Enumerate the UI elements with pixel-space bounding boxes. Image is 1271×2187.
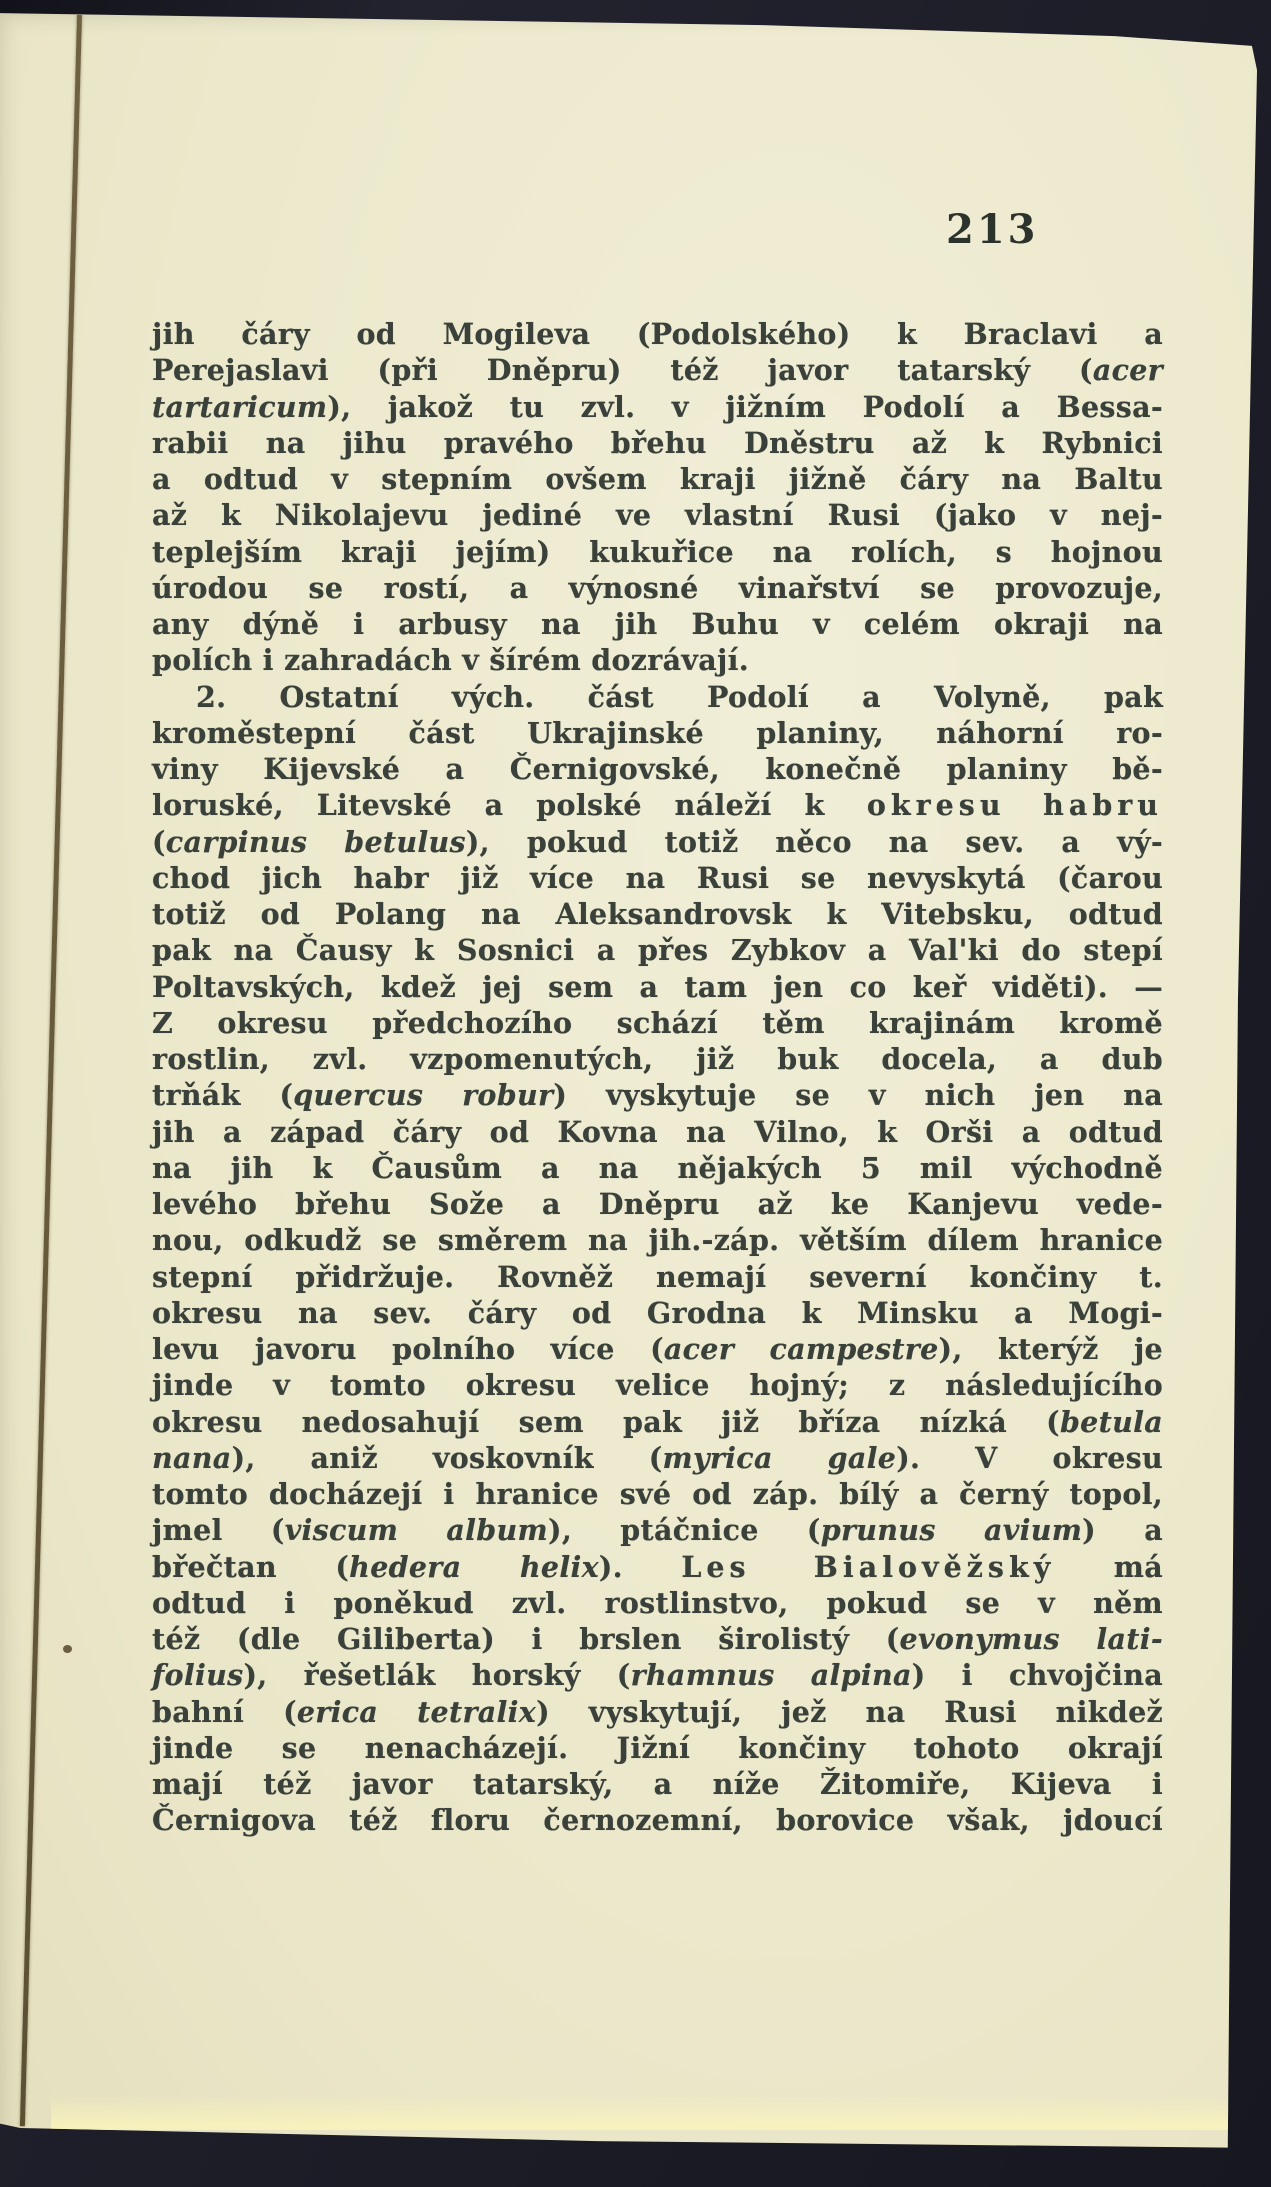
latin-species-name: carpinus betulus [166, 825, 466, 859]
text-segment: nou, odkudž se směrem na jih.-záp. větší… [152, 1223, 1163, 1257]
text-line: jih čáry od Mogileva (Podolského) k Brac… [152, 316, 1163, 352]
text-segment: jmel ( [152, 1513, 285, 1547]
text-segment: viny Kijevské a Černigovské, konečně pla… [152, 752, 1163, 786]
latin-species-name: quercus robur [293, 1078, 553, 1112]
text-line: okresu nedosahují sem pak již bříza nízk… [152, 1404, 1163, 1440]
text-line: Poltavských, kdež jej sem a tam jen co k… [152, 969, 1163, 1005]
text-line: stepní přidržuje. Rovněž nemají severní … [152, 1259, 1163, 1295]
text-segment: levu javoru polního více ( [152, 1332, 664, 1366]
text-line: levu javoru polního více (acer campestre… [152, 1331, 1163, 1367]
text-segment: jinde se nenacházejí. Jižní končiny toho… [152, 1731, 1163, 1765]
text-segment: tomto docházejí i hranice své od záp. bí… [152, 1477, 1163, 1511]
text-segment: stepní přidržuje. Rovněž nemají severní … [152, 1260, 1163, 1294]
text-segment: teplejším kraji jejím) kukuřice na rolíc… [152, 535, 1163, 569]
text-segment: ), kterýž je [939, 1332, 1163, 1366]
text-line: tartaricum), jakož tu zvl. v jižním Podo… [152, 389, 1163, 425]
text-segment: ), jakož tu zvl. v jižním Podolí a Bessa… [327, 390, 1163, 424]
text-line: odtud i poněkud zvl. rostlinstvo, pokud … [152, 1585, 1163, 1621]
text-line: rostlin, zvl. vzpomenutých, již buk doce… [152, 1041, 1163, 1077]
latin-species-name: acer campestre [664, 1332, 939, 1366]
text-segment: ( [152, 825, 166, 859]
text-line: na jih k Čausům a na nějakých 5 mil vých… [152, 1150, 1163, 1186]
text-line: úrodou se rostí, a výnosné vinařství se … [152, 570, 1163, 606]
text-line: viny Kijevské a Černigovské, konečně pla… [152, 751, 1163, 787]
text-segment: a odtud v stepním ovšem kraji jižně čáry… [152, 462, 1163, 496]
text-line: teplejším kraji jejím) kukuřice na rolíc… [152, 534, 1163, 570]
text-segment: ) vyskytují, jež na Rusi nikdež [536, 1695, 1163, 1729]
text-line: tomto docházejí i hranice své od záp. bí… [152, 1476, 1163, 1512]
latin-species-name: tartaricum [152, 390, 327, 424]
text-block: jih čáry od Mogileva (Podolského) k Brac… [152, 316, 1163, 1839]
page-crease-line [20, 15, 82, 2126]
text-line: až k Nikolajevu jediné ve vlastní Rusi (… [152, 497, 1163, 533]
text-line: jinde v tomto okresu velice hojný; z nás… [152, 1367, 1163, 1403]
text-segment: totiž od Polang na Aleksandrovsk k Viteb… [152, 897, 1163, 931]
latin-species-name: betula [1060, 1405, 1163, 1439]
text-segment: okresu nedosahují sem pak již bříza nízk… [152, 1405, 1060, 1439]
text-line: břečtan (hedera helix). Les Bialověžský … [152, 1549, 1163, 1585]
text-segment: ) a [1082, 1513, 1163, 1547]
text-segment: ), pokud totiž něco na sev. a vý- [466, 825, 1163, 859]
text-segment: břečtan ( [152, 1550, 349, 1584]
text-segment: ) i chvojčina [912, 1658, 1163, 1692]
text-segment: levého břehu Sože a Dněpru až ke Kanjevu… [152, 1187, 1163, 1221]
text-segment: bahní ( [152, 1695, 297, 1729]
text-segment: Černigova též floru černozemní, borovice… [152, 1803, 1163, 1837]
text-segment: 2. Ostatní vých. část Podolí a Volyně, p… [196, 680, 1163, 714]
text-segment: ), aniž voskovník ( [232, 1441, 663, 1475]
text-segment: úrodou se rostí, a výnosné vinařství se … [152, 571, 1163, 605]
text-line: totiž od Polang na Aleksandrovsk k Viteb… [152, 896, 1163, 932]
page-number: 213 [946, 206, 1039, 253]
paragraph: jih čáry od Mogileva (Podolského) k Brac… [152, 316, 1163, 679]
text-segment: Poltavských, kdež jej sem a tam jen co k… [152, 970, 1163, 1004]
latin-species-name: viscum album [285, 1513, 548, 1547]
text-segment: k okresu habru [805, 788, 1163, 822]
text-line: jih a západ čáry od Kovna na Vilno, k Or… [152, 1114, 1163, 1150]
text-segment: okresu na sev. čáry od Grodna k Minsku a… [152, 1296, 1163, 1330]
text-segment: trňák ( [152, 1078, 293, 1112]
text-line: jmel (viscum album), ptáčnice (prunus av… [152, 1512, 1163, 1548]
text-segment: ), řešetlák horský ( [244, 1658, 631, 1692]
text-segment: chod jich habr již více na Rusi se nevys… [152, 861, 1163, 895]
text-line: chod jich habr již více na Rusi se nevys… [152, 860, 1163, 896]
text-segment: má [1055, 1550, 1163, 1584]
text-segment: odtud i poněkud zvl. rostlinstvo, pokud … [152, 1586, 1163, 1620]
text-line: nana), aniž voskovník (myrica gale). V o… [152, 1440, 1163, 1476]
text-line: bahní (erica tetralix) vyskytují, jež na… [152, 1694, 1163, 1730]
text-line: též (dle Giliberta) i brslen širolistý (… [152, 1621, 1163, 1657]
text-line: Perejaslavi (při Dněpru) též javor tatar… [152, 352, 1163, 388]
text-segment: jinde v tomto okresu velice hojný; z nás… [152, 1368, 1163, 1402]
text-line: (carpinus betulus), pokud totiž něco na … [152, 824, 1163, 860]
text-segment: jih čáry od Mogileva (Podolského) k Brac… [152, 317, 1163, 351]
text-line: 2. Ostatní vých. část Podolí a Volyně, p… [152, 679, 1163, 715]
latin-species-name: nana [152, 1441, 232, 1475]
text-line: pak na Čausy k Sosnici a přes Zybkov a V… [152, 932, 1163, 968]
latin-species-name: erica tetralix [297, 1695, 536, 1729]
text-segment: Z okresu předchozího schází těm krajinám… [152, 1006, 1163, 1040]
text-segment: polích i zahradách v šírém dozrávají. [152, 643, 749, 677]
book-page: 213 jih čáry od Mogileva (Podolského) k … [0, 0, 1271, 2187]
text-line: any dýně i arbusy na jih Buhu v celém ok… [152, 606, 1163, 642]
text-line: polích i zahradách v šírém dozrávají. [152, 642, 1163, 678]
text-line: rabii na jihu pravého břehu Dněstru až k… [152, 425, 1163, 461]
text-line: okresu na sev. čáry od Grodna k Minsku a… [152, 1295, 1163, 1331]
text-segment: rabii na jihu pravého břehu Dněstru až k… [152, 426, 1163, 460]
latin-species-name: folius [152, 1658, 244, 1692]
latin-species-name: prunus avium [821, 1513, 1082, 1547]
text-line: Černigova též floru černozemní, borovice… [152, 1802, 1163, 1838]
text-segment: též (dle Giliberta) i brslen širolistý ( [152, 1622, 900, 1656]
text-line: kroměstepní část Ukrajinské planiny, náh… [152, 715, 1163, 751]
text-segment: až k Nikolajevu jediné ve vlastní Rusi (… [152, 498, 1163, 532]
text-line: jinde se nenacházejí. Jižní končiny toho… [152, 1730, 1163, 1766]
text-line: Z okresu předchozího schází těm krajinám… [152, 1005, 1163, 1041]
text-segment: kroměstepní část Ukrajinské planiny, náh… [152, 716, 1163, 750]
text-segment: Perejaslavi (při Dněpru) též javor tatar… [152, 353, 1093, 387]
text-line: a odtud v stepním ovšem kraji jižně čáry… [152, 461, 1163, 497]
text-segment: ). [599, 1550, 682, 1584]
text-segment: rostlin, zvl. vzpomenutých, již buk doce… [152, 1042, 1163, 1076]
text-line: mají též javor tatarský, a níže Žitomiře… [152, 1766, 1163, 1802]
text-line: folius), řešetlák horský (rhamnus alpina… [152, 1657, 1163, 1693]
paragraph: 2. Ostatní vých. část Podolí a Volyně, p… [152, 679, 1163, 1839]
text-segment: any dýně i arbusy na jih Buhu v celém ok… [152, 607, 1163, 641]
text-segment: ) vyskytuje se v nich jen na [553, 1078, 1163, 1112]
ink-speck [63, 1645, 72, 1653]
text-segment: ), ptáčnice ( [548, 1513, 821, 1547]
text-line: levého břehu Sože a Dněpru až ke Kanjevu… [152, 1186, 1163, 1222]
text-segment: na jih k Čausům a na nějakých 5 mil vých… [152, 1151, 1163, 1185]
latin-species-name: hedera helix [349, 1550, 599, 1584]
text-segment: ). V okresu [896, 1441, 1163, 1475]
latin-species-name: acer [1093, 353, 1163, 387]
text-line: loruské, Litevské a polské náleží k okre… [152, 787, 1163, 823]
text-segment: mají též javor tatarský, a níže Žitomiře… [152, 1767, 1163, 1801]
text-line: nou, odkudž se směrem na jih.-záp. větší… [152, 1222, 1163, 1258]
text-line: trňák (quercus robur) vyskytuje se v nic… [152, 1077, 1163, 1113]
latin-species-name: rhamnus alpina [631, 1658, 912, 1692]
text-segment: jih a západ čáry od Kovna na Vilno, k Or… [152, 1115, 1163, 1149]
latin-species-name: evonymus lati- [900, 1622, 1163, 1656]
text-segment: Les Bialověžský [681, 1550, 1055, 1584]
text-segment: loruské, Litevské a polské náleží [152, 788, 805, 822]
page-edge-highlight [51, 2095, 1246, 2130]
latin-species-name: myrica gale [663, 1441, 897, 1475]
text-segment: pak na Čausy k Sosnici a přes Zybkov a V… [152, 933, 1163, 967]
